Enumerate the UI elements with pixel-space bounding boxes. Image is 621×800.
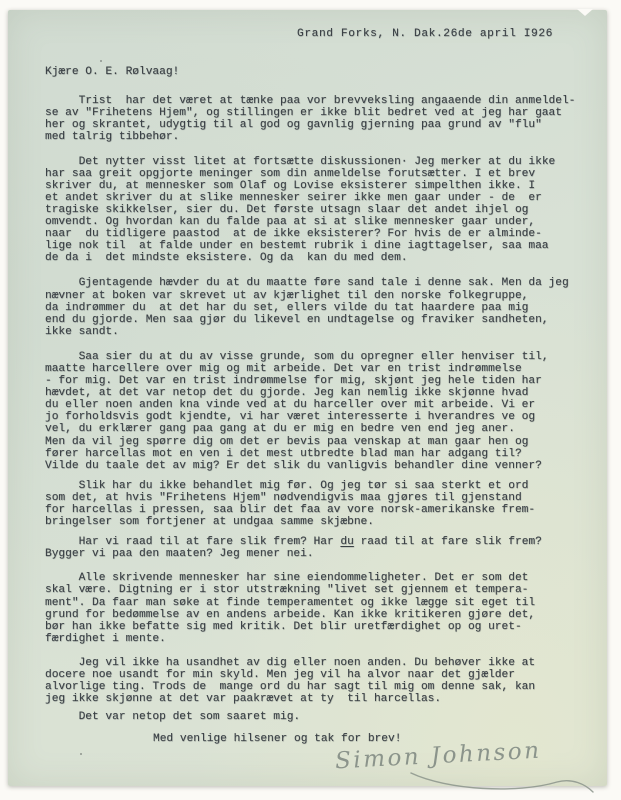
letter-closing-line: Det var netop det som saaret mig. — [45, 711, 591, 723]
letter-paper: Grand Forks, N. Dak.26de april I926 Kjær… — [8, 10, 607, 786]
signature-flourish — [407, 770, 597, 796]
letter-paragraph-8: Jeg vil ikke ha usandhet av dig eller no… — [45, 657, 591, 705]
signature-row: Simon Johnson — [45, 746, 591, 792]
letter-salutation: Kjære O. E. Rølvaag! — [45, 66, 591, 78]
paper-speck — [80, 753, 82, 755]
paper-speck — [100, 60, 102, 62]
paper-tear-notch — [577, 9, 593, 16]
letter-paragraph-3: Gjentagende hævder du at du maatte føre … — [45, 277, 591, 337]
letter-dateline: Grand Forks, N. Dak.26de april I926 — [297, 28, 591, 40]
letter-paragraph-4: Saa sier du at du av visse grunde, som d… — [45, 351, 591, 472]
paragraph-6-before: Har vi raad til at fare slik frem? Har — [45, 536, 340, 548]
letter-paragraph-6: Har vi raad til at fare slik frem? Har d… — [45, 536, 591, 560]
letter-paragraph-1: Trist har det været at tænke paa vor bre… — [45, 95, 591, 143]
letter-paragraph-7: Alle skrivende mennesker har sine eiendo… — [45, 572, 591, 645]
letter-paragraph-5: Slik har du ikke behandlet mig før. Og j… — [45, 480, 591, 528]
paragraph-6-underlined-word: du — [340, 536, 353, 548]
letter-paragraph-2: Det nytter visst litet at fortsætte disk… — [45, 156, 591, 265]
